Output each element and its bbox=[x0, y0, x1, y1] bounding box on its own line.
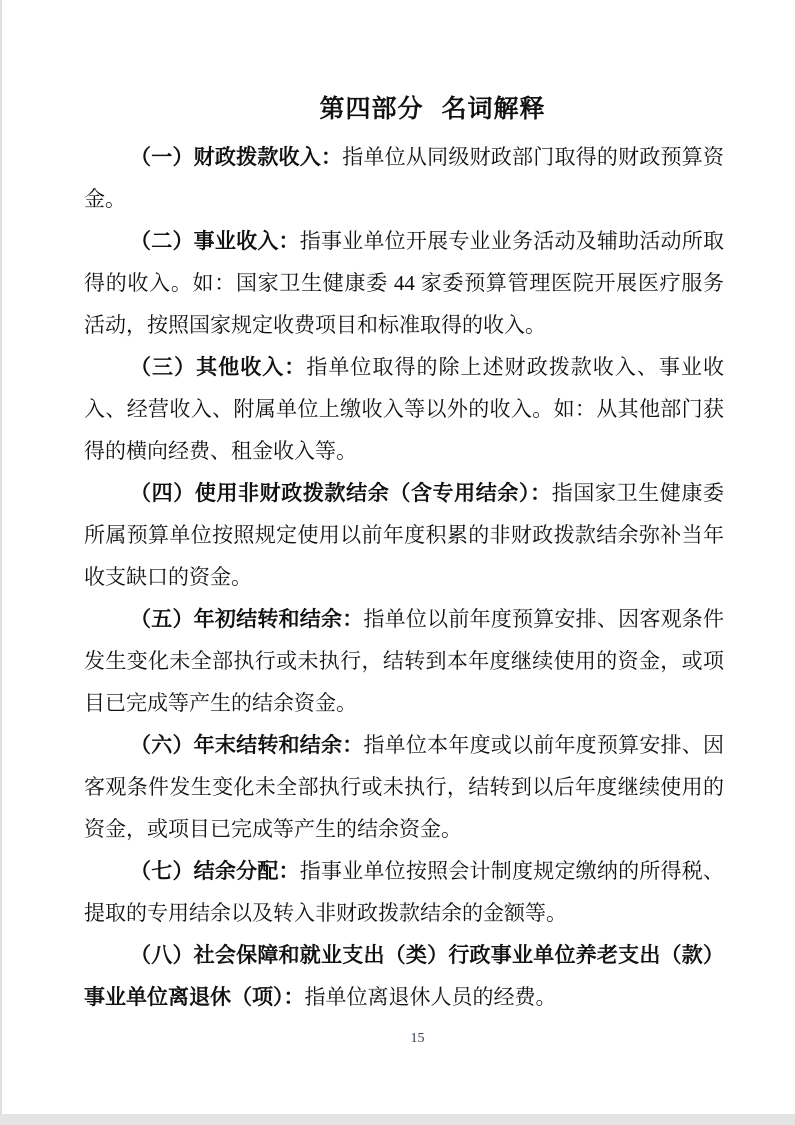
term-label: （三）其他收入： bbox=[130, 355, 306, 379]
term-label: （二）事业收入： bbox=[130, 229, 300, 253]
document-title: 第四部分 名词解释 bbox=[2, 86, 795, 132]
document-page: 第四部分 名词解释 （一）财政拨款收入：指单位从同级财政部门取得的财政预算资金。… bbox=[0, 0, 795, 1114]
definition-paragraph: （四）使用非财政拨款结余（含专用结余）：指国家卫生健康委所属预算单位按照规定使用… bbox=[84, 472, 724, 598]
term-label: （四）使用非财政拨款结余（含专用结余）： bbox=[130, 481, 552, 505]
term-label: （七）结余分配： bbox=[130, 859, 300, 883]
definition-paragraph: （三）其他收入：指单位取得的除上述财政拨款收入、事业收入、经营收入、附属单位上缴… bbox=[84, 346, 724, 472]
term-definition: 指单位离退休人员的经费。 bbox=[305, 985, 557, 1009]
definition-paragraph: （五）年初结转和结余：指单位以前年度预算安排、因客观条件发生变化未全部执行或未执… bbox=[84, 598, 724, 724]
definition-paragraph: （二）事业收入：指事业单位开展专业业务活动及辅助活动所取得的收入。如：国家卫生健… bbox=[84, 220, 724, 346]
definition-paragraph: （八）社会保障和就业支出（类）行政事业单位养老支出（款）事业单位离退休（项）：指… bbox=[84, 934, 724, 1018]
term-label: （一）财政拨款收入： bbox=[130, 145, 342, 169]
term-label: （五）年初结转和结余： bbox=[130, 607, 363, 631]
term-label: （六）年末结转和结余： bbox=[130, 733, 363, 757]
page-number: 15 bbox=[2, 1031, 795, 1047]
definition-paragraph: （七）结余分配：指事业单位按照会计制度规定缴纳的所得税、提取的专用结余以及转入非… bbox=[84, 850, 724, 934]
definition-paragraph: （六）年末结转和结余：指单位本年度或以前年度预算安排、因客观条件发生变化未全部执… bbox=[84, 724, 724, 850]
definition-paragraph: （一）财政拨款收入：指单位从同级财政部门取得的财政预算资金。 bbox=[84, 136, 724, 220]
document-body: （一）财政拨款收入：指单位从同级财政部门取得的财政预算资金。 （二）事业收入：指… bbox=[84, 136, 724, 1018]
